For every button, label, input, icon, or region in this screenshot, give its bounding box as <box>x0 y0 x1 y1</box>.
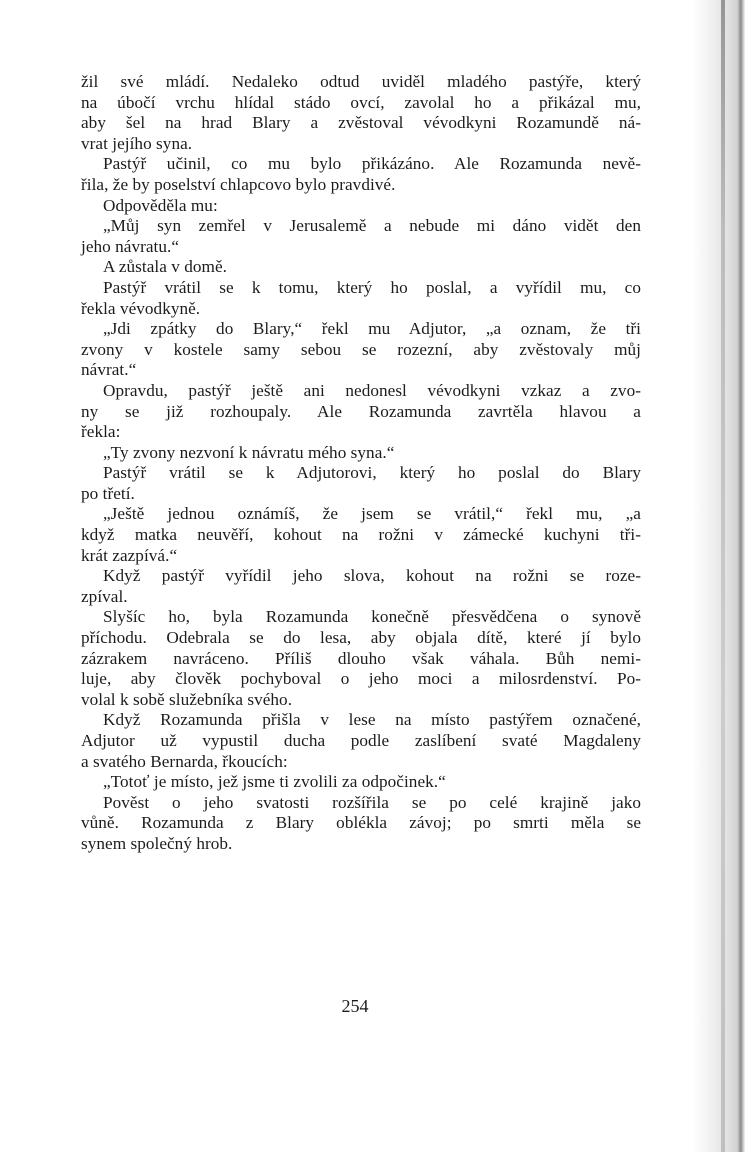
text-line: Pastýř vrátil se k tomu, který ho poslal… <box>81 278 641 299</box>
text-line: řekla: <box>81 422 641 443</box>
text-line: Pastýř vrátil se k Adjutorovi, který ho … <box>81 463 641 484</box>
text-line: návrat.“ <box>81 360 641 381</box>
text-line: „Ty zvony nezvoní k návratu mého syna.“ <box>81 443 641 464</box>
text-line: Odpověděla mu: <box>81 196 641 217</box>
page-number: 254 <box>0 996 710 1017</box>
page-text-block: žil své mládí. Nedaleko odtud uviděl mla… <box>81 72 641 855</box>
text-line: řila, že by poselství chlapcovo bylo pra… <box>81 175 641 196</box>
text-line: luje, aby člověk pochyboval o jeho moci … <box>81 669 641 690</box>
text-line: „Můj syn zemřel v Jerusalemě a nebude mi… <box>81 216 641 237</box>
text-line: zvony v kostele samy sebou se rozezní, a… <box>81 340 641 361</box>
text-line: příchodu. Odebrala se do lesa, aby objal… <box>81 628 641 649</box>
text-line: „Totoť je místo, jež jsme ti zvolili za … <box>81 772 641 793</box>
text-line: A zůstala v domě. <box>81 257 641 278</box>
text-line: aby šel na hrad Blary a zvěstoval vévodk… <box>81 113 641 134</box>
text-line: krát zazpívá.“ <box>81 546 641 567</box>
text-line: zázrakem navráceno. Příliš dlouho však v… <box>81 649 641 670</box>
binding-shadow-line <box>721 0 725 1152</box>
text-line: Pastýř učinil, co mu bylo přikázáno. Ale… <box>81 154 641 175</box>
text-line: žil své mládí. Nedaleko odtud uviděl mla… <box>81 72 641 93</box>
text-line: Když Rozamunda přišla v lese na místo pa… <box>81 710 641 731</box>
text-line: vůně. Rozamunda z Blary oblékla závoj; p… <box>81 813 641 834</box>
text-line: Pověst o jeho svatosti rozšířila se po c… <box>81 793 641 814</box>
text-line: po třetí. <box>81 484 641 505</box>
text-line: synem společný hrob. <box>81 834 641 855</box>
text-line: řekla vévodkyně. <box>81 299 641 320</box>
text-line: jeho návratu.“ <box>81 237 641 258</box>
text-line: Slyšíc ho, byla Rozamunda konečně přesvě… <box>81 607 641 628</box>
text-line: „Ještě jednou oznámíš, že jsem se vrátil… <box>81 504 641 525</box>
text-line: zpíval. <box>81 587 641 608</box>
text-line: Adjutor už vypustil ducha podle zaslíben… <box>81 731 641 752</box>
text-line: Když pastýř vyřídil jeho slova, kohout n… <box>81 566 641 587</box>
text-line: když matka neuvěří, kohout na rožni v zá… <box>81 525 641 546</box>
text-line: „Jdi zpátky do Blary,“ řekl mu Adjutor, … <box>81 319 641 340</box>
text-line: na úbočí vrchu hlídal stádo ovcí, zavola… <box>81 93 641 114</box>
text-line: Opravdu, pastýř ještě ani nedonesl vévod… <box>81 381 641 402</box>
text-line: a svatého Bernarda, řkoucích: <box>81 752 641 773</box>
text-line: volal k sobě služebníka svého. <box>81 690 641 711</box>
text-line: vrat jejího syna. <box>81 134 641 155</box>
text-line: ny se již rozhoupaly. Ale Rozamunda zavr… <box>81 402 641 423</box>
